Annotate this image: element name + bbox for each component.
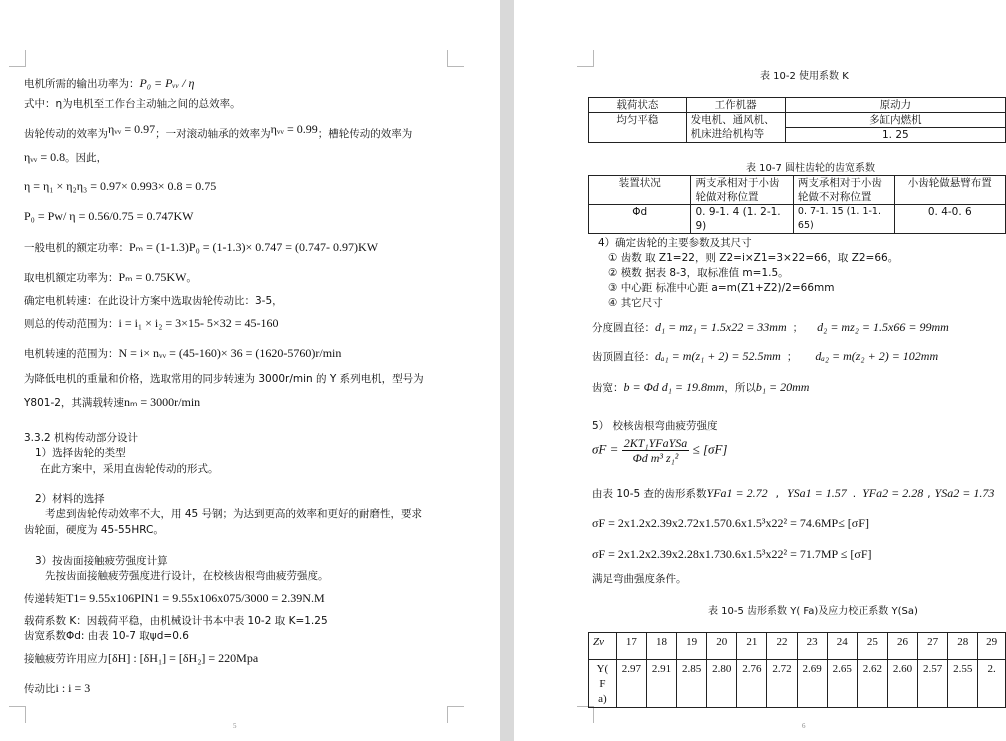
table-cell: 2.72: [767, 660, 797, 708]
table-cell: 多缸内燃机: [785, 113, 1005, 128]
formula: b = Φd d₁ = 19.8mm: [624, 380, 725, 394]
table-cell: 24: [827, 633, 857, 660]
text-line: ηᵥᵥ = 0.8。因此，: [24, 150, 107, 165]
formula: T1= 9.55x106PIN1 = 9.55x106x075/3000 = 2…: [66, 591, 325, 605]
text-line: 齿顶圆直径：dₐ₁ = m(z₁ + 2) = 52.5mm；dₐ₂ = m(z…: [592, 349, 938, 364]
table-cell: 1. 25: [785, 128, 1005, 143]
table-cell: 0. 4-0. 6: [894, 205, 1005, 234]
table-10-7: 装置状况 两支承相对于小齿轮做对称位置 两支承相对于小齿轮做不对称位置 小齿轮做…: [588, 175, 1006, 234]
table-row: Zv 17 18 19 20 21 22 23 24 25 26 27 28 2…: [589, 633, 1006, 660]
formula: [δH] : [δH₁] = [δH₂] = 220Mpa: [108, 651, 258, 665]
table-caption: 表 10-5 齿形系数 Y( Fa)及应力校正系数 Y(Sa): [708, 602, 918, 617]
document-page-5: 电机所需的输出功率为：P₀ = Pᵥᵥ / η 式中：η为电机至工作台主动轴之间…: [0, 0, 500, 741]
table-cell: 2.80: [707, 660, 737, 708]
text-line: 接触疲劳许用应力[δH] : [δH₁] = [δH₂] = 220Mpa: [24, 651, 258, 666]
table-cell: 21: [737, 633, 767, 660]
table-cell: 发电机、通风机、机床进给机构等: [686, 113, 785, 143]
formula: i : i = 3: [56, 681, 91, 695]
table-cell: 2.69: [797, 660, 827, 708]
text-line: 则总的传动范围为：i = i₁ × i₂ = 3×15- 5×32 = 45-1…: [24, 316, 278, 331]
list-item: ④ 其它尺寸: [608, 296, 663, 310]
formula-line: σF = 2x1.2x2.39x2.72x1.570.6x1.5³x22² = …: [592, 516, 869, 530]
table-cell: 18: [646, 633, 676, 660]
formula: N = i× nᵥᵥ = (45-160)× 36 = (1620-5760)r…: [119, 346, 342, 360]
table-cell: Φd: [589, 205, 691, 234]
table-cell: 2.76: [737, 660, 767, 708]
table-cell: 0. 7-1. 15 (1. 1-1. 65): [793, 205, 894, 234]
text: ；槽轮传动的效率为: [318, 128, 413, 140]
text-line: 传递转矩T1= 9.55x106PIN1 = 9.55x106x075/3000…: [24, 591, 325, 606]
table-cell: 23: [797, 633, 827, 660]
paragraph: 在此方案中，采用直齿轮传动的形式。: [40, 462, 219, 476]
table-cell: 17: [616, 633, 646, 660]
table-header-cell: 载荷状态: [589, 98, 687, 113]
text-line: 载荷系数 K：因载荷平稳，由机械设计书本中表 10-2 取 K=1.25: [24, 614, 328, 628]
formula: nₘ = 3000r/min: [124, 395, 200, 409]
table-header-cell: 工作机器: [686, 98, 785, 113]
paragraph: 先按齿面接触疲劳强度进行设计，在校核齿根弯曲疲劳强度。: [45, 569, 329, 583]
table-header-cell: 原动力: [785, 98, 1005, 113]
paragraph: 考虑到齿轮传动效率不大，用 45 号钢；为达到更高的效率和更好的耐磨性，要求: [45, 507, 422, 521]
text: ；: [787, 351, 798, 363]
text: 电机所需的输出功率为：: [24, 78, 140, 90]
text: 齿宽：: [592, 382, 624, 394]
section-heading: 3.3.2 机构传动部分设计: [24, 431, 138, 445]
formula: YSa1 = 1.57: [787, 486, 847, 500]
text: 一般电机的额定功率：: [24, 242, 129, 254]
table-cell: 26: [887, 633, 917, 660]
list-item: ② 模数 据表 8-3，取标准值 m=1.5。: [608, 266, 789, 280]
text: 轮做不对称位置: [798, 191, 872, 203]
table-cell: 2.65: [827, 660, 857, 708]
list-item: ③ 中心距 标准中心距 a=m(Z1+Z2)/2=66mm: [608, 281, 834, 295]
table-cell: 22: [767, 633, 797, 660]
text: 则总的传动范围为：: [24, 318, 119, 330]
subheading: 4）确定齿轮的主要参数及其尺寸: [598, 236, 752, 250]
text: 轮做对称位置: [695, 191, 758, 203]
crop-mark: [447, 50, 464, 67]
text: 两支承相对于小齿: [695, 177, 779, 189]
denominator: Φd m³ z₁²: [622, 451, 690, 465]
text-line: 齿宽系数Φd: 由表 10-7 取ψd=0.6: [24, 629, 189, 643]
subheading: 2）材料的选择: [35, 492, 105, 506]
list-item: ① 齿数 取 Z1=22，则 Z2=i×Z1=3×22=66，取 Z2=66。: [608, 251, 898, 265]
formula: YFa2 = 2.28: [862, 486, 923, 500]
text: ；: [793, 322, 804, 334]
table-cell: 均匀平稳: [589, 113, 687, 143]
text-line: 取电机额定功率为：Pₘ = 0.75KW。: [24, 270, 197, 285]
table-10-5: Zv 17 18 19 20 21 22 23 24 25 26 27 28 2…: [588, 632, 1006, 708]
table-cell: 2.62: [857, 660, 887, 708]
text-line: 满足弯曲强度条件。: [592, 572, 687, 586]
text: ；一对滚动轴承的效率为: [155, 128, 271, 140]
formula: YFa1 = 2.72: [707, 486, 768, 500]
table-header-cell: 小齿轮做悬臂布置: [894, 176, 1005, 205]
text: 由表 10-5 查的齿形系数: [592, 488, 707, 500]
formula-line: P₀ = Pw/ η = 0.56/0.75 = 0.747KW: [24, 209, 193, 223]
table-cell: 2.: [978, 660, 1006, 708]
text: 机床进给机构等: [691, 128, 765, 140]
text: Y( F: [597, 663, 609, 690]
text: 电机转速的范围为：: [24, 348, 119, 360]
text: 齿顶圆直径：: [592, 351, 655, 363]
formula: d₁ = mz₁ = 1.5x22 = 33mm: [655, 320, 787, 334]
page-number: 5: [233, 722, 237, 730]
table-cell: 2.55: [948, 660, 978, 708]
text-line: 为降低电机的重量和价格，选取常用的同步转速为 3000r/min 的 Y 系列电…: [24, 372, 424, 386]
text-line: 电机转速的范围为：N = i× nᵥᵥ = (45-160)× 36 = (16…: [24, 346, 341, 361]
text: 传动比: [24, 683, 56, 695]
formula: ηᵥᵥ = 0.97: [108, 122, 155, 136]
table-header-cell: 装置状况: [589, 176, 691, 205]
table-cell: 20: [707, 633, 737, 660]
paragraph: 齿轮面，硬度为 45-55HRC。: [24, 523, 164, 537]
table-header-row: 装置状况 两支承相对于小齿轮做对称位置 两支承相对于小齿轮做不对称位置 小齿轮做…: [589, 176, 1006, 205]
formula: i = i₁ × i₂ = 3×15- 5×32 = 45-160: [119, 316, 279, 330]
text: 分度圆直径：: [592, 322, 655, 334]
text: 接触疲劳许用应力: [24, 653, 108, 665]
text: 传递转矩: [24, 593, 66, 605]
crop-mark: [9, 706, 26, 723]
table-row: Y( Fa) 2.97 2.91 2.85 2.80 2.76 2.72 2.6…: [589, 660, 1006, 708]
formula: YSa2 = 1.73: [935, 486, 995, 500]
text-line: 电机所需的输出功率为：P₀ = Pᵥᵥ / η: [24, 76, 194, 91]
document-page-6: 表 10-2 使用系数 K 载荷状态 工作机器 原动力 均匀平稳 发电机、通风机…: [514, 0, 1006, 741]
text-line: 齿宽：b = Φd d₁ = 19.8mm，所以b₁ = 20mm: [592, 380, 809, 395]
table-10-2: 载荷状态 工作机器 原动力 均匀平稳 发电机、通风机、机床进给机构等 多缸内燃机…: [588, 97, 1006, 143]
text: 发电机、通风机、: [691, 114, 775, 126]
crop-mark: [9, 50, 26, 67]
formula: ηᵥᵥ = 0.99: [271, 122, 318, 136]
table-cell: 0. 9-1. 4 (1. 2-1. 9): [691, 205, 793, 234]
subheading: 1）选择齿轮的类型: [35, 446, 126, 460]
text: 。: [186, 272, 197, 284]
table-cell: 29: [978, 633, 1006, 660]
formula: d₂ = mz₂ = 1.5x66 = 99mm: [817, 320, 949, 334]
text-line: 传动比i : i = 3: [24, 681, 90, 696]
numerator: 2KT₁YFaYSa: [622, 436, 690, 451]
formula: ≤ [σF]: [693, 442, 728, 457]
text-line: 由表 10-5 查的齿形系数YFa1 = 2.72,YSa1 = 1.57.YF…: [592, 486, 994, 501]
fraction: 2KT₁YFaYSa Φd m³ z₁²: [622, 436, 690, 465]
table-cell: 2.91: [646, 660, 676, 708]
table-header-cell: Y( Fa): [589, 660, 617, 708]
subheading: 3）按齿面接触疲劳强度计算: [35, 554, 168, 568]
table-header-cell: 两支承相对于小齿轮做不对称位置: [793, 176, 894, 205]
text-line: Y801-2，其满载转速nₘ = 3000r/min: [24, 395, 200, 410]
formula-line: η = η₁ × η₂η₃ = 0.97× 0.993× 0.8 = 0.75: [24, 179, 216, 193]
table-cell: 25: [857, 633, 887, 660]
table-cell: 19: [677, 633, 707, 660]
formula-line: σF = 2x1.2x2.39x2.28x1.730.6x1.5³x22² = …: [592, 547, 872, 561]
table-row: 均匀平稳 发电机、通风机、机床进给机构等 多缸内燃机: [589, 113, 1006, 128]
text-line: 齿轮传动的效率为ηᵥᵥ = 0.97；一对滚动轴承的效率为ηᵥᵥ = 0.99；…: [24, 122, 412, 141]
table-cell: 2.60: [887, 660, 917, 708]
page-number: 6: [802, 722, 806, 730]
table-row: Φd 0. 9-1. 4 (1. 2-1. 9) 0. 7-1. 15 (1. …: [589, 205, 1006, 234]
formula: Pₘ = 0.75KW: [119, 270, 187, 284]
text: 两支承相对于小齿: [798, 177, 882, 189]
bending-stress-formula: σF = 2KT₁YFaYSa Φd m³ z₁² ≤ [σF]: [592, 436, 727, 470]
text: 齿轮传动的效率为: [24, 128, 108, 140]
table-caption: 表 10-2 使用系数 K: [760, 67, 849, 82]
formula: b₁ = 20mm: [756, 380, 810, 394]
text: Y801-2，其满载转速: [24, 397, 124, 409]
text: a): [598, 693, 607, 705]
text-line: 确定电机转速：在此设计方案中选取齿轮传动比：3-5，: [24, 294, 283, 308]
subheading: 5） 校核齿根弯曲疲劳强度: [592, 419, 718, 433]
table-cell: 2.97: [616, 660, 646, 708]
formula: Pₘ = (1-1.3)P₀ = (1-1.3)× 0.747 = (0.747…: [129, 240, 378, 254]
formula: ηᵥᵥ = 0.8: [24, 150, 65, 164]
crop-mark: [577, 706, 594, 723]
table-cell: 2.85: [677, 660, 707, 708]
table-cell: 2.57: [918, 660, 948, 708]
table-cell: 28: [948, 633, 978, 660]
table-header-row: 载荷状态 工作机器 原动力: [589, 98, 1006, 113]
crop-mark: [577, 50, 594, 67]
crop-mark: [447, 706, 464, 723]
table-cell: 27: [918, 633, 948, 660]
table-header-cell: Zv: [589, 633, 617, 660]
formula: dₐ₁ = m(z₁ + 2) = 52.5mm: [655, 349, 781, 363]
table-header-cell: 两支承相对于小齿轮做对称位置: [691, 176, 793, 205]
text-line: 一般电机的额定功率：Pₘ = (1-1.3)P₀ = (1-1.3)× 0.74…: [24, 240, 378, 255]
formula: σF =: [592, 442, 618, 457]
text-line: 式中：η为电机至工作台主动轴之间的总效率。: [24, 97, 241, 111]
text-line: 分度圆直径：d₁ = mz₁ = 1.5x22 = 33mm；d₂ = mz₂ …: [592, 320, 949, 335]
formula: P₀ = Pᵥᵥ / η: [140, 76, 195, 90]
text: 取电机额定功率为：: [24, 272, 119, 284]
text: ，所以: [724, 382, 756, 394]
table-caption: 表 10-7 圆柱齿轮的齿宽系数: [746, 159, 875, 174]
formula: dₐ₂ = m(z₂ + 2) = 102mm: [815, 349, 938, 363]
text: 。因此，: [65, 152, 107, 164]
